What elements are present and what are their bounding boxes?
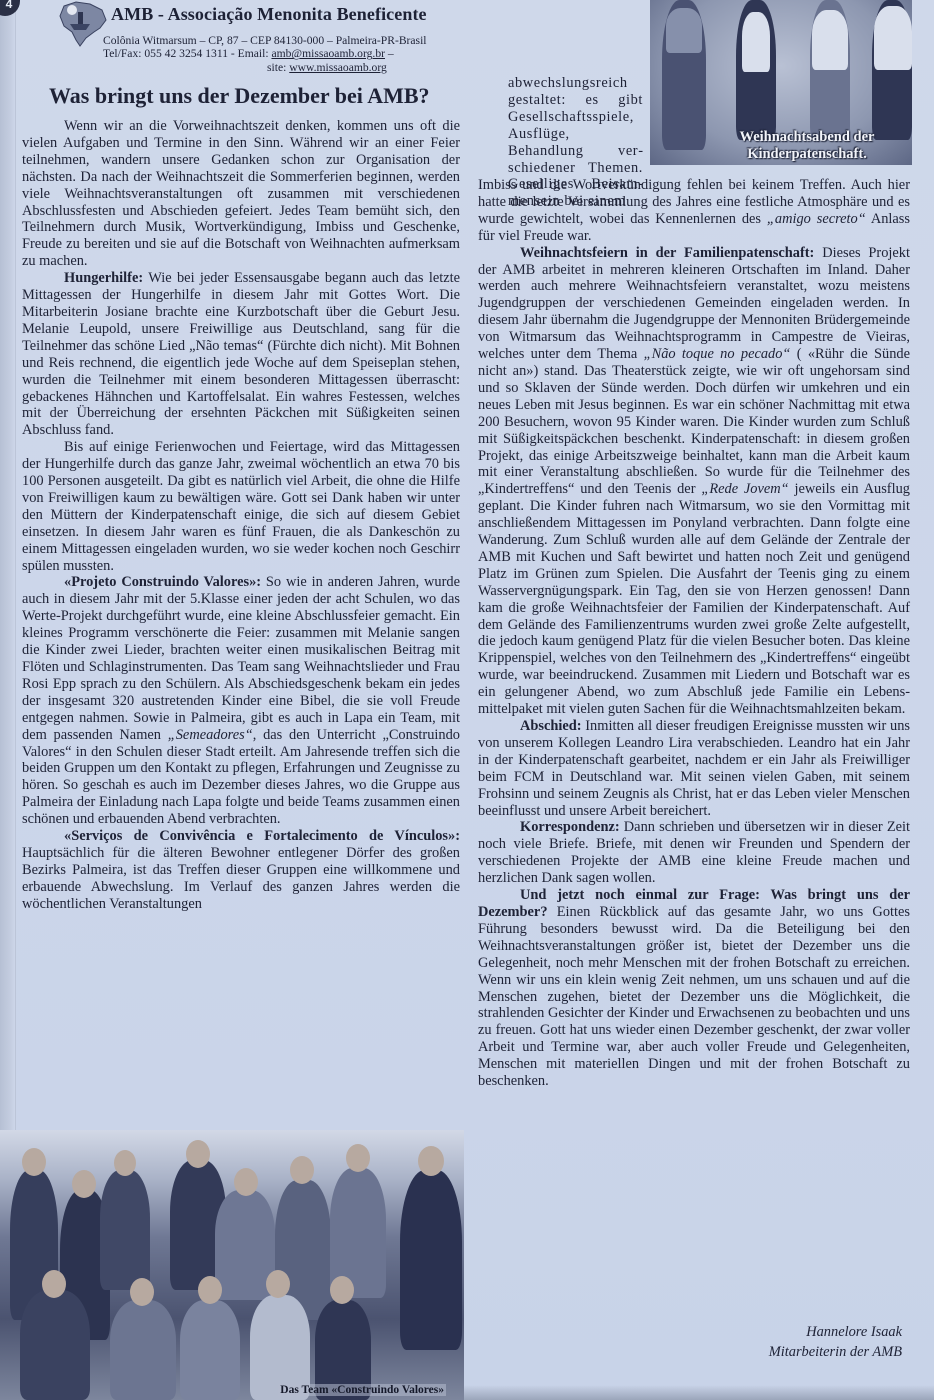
person-figure bbox=[742, 12, 770, 72]
korrespondenz-paragraph: Korrespondenz: Dann schrieben und überse… bbox=[478, 819, 910, 887]
person-figure bbox=[110, 1300, 176, 1400]
author-role: Mitarbeiterin der AMB bbox=[769, 1342, 902, 1362]
person-head bbox=[114, 1150, 136, 1176]
newsletter-page: 4 AMB - Associação Menonita Beneficente … bbox=[0, 0, 934, 1400]
brazil-map-logo-icon bbox=[56, 0, 108, 48]
page-number-badge: 4 bbox=[0, 0, 20, 16]
person-head bbox=[72, 1170, 96, 1198]
person-head bbox=[346, 1144, 370, 1172]
hungerhilfe-paragraph: Hungerhilfe: Wie bei jeder Essensausgabe… bbox=[22, 270, 460, 439]
org-name: AMB - Associação Menonita Beneficente bbox=[111, 4, 427, 25]
email-link[interactable]: amb@missaoamb.org.br bbox=[271, 47, 385, 60]
photo-caption: Weihnachtsabend der Kinderpatenschaft. bbox=[650, 129, 912, 163]
person-head bbox=[42, 1270, 66, 1298]
person-head bbox=[266, 1270, 290, 1298]
person-figure bbox=[812, 10, 848, 70]
projeto-paragraph: «Projeto Construindo Valores»: So wie in… bbox=[22, 574, 460, 828]
person-head bbox=[186, 1140, 210, 1168]
section-heading: Hungerhilfe: bbox=[64, 270, 143, 286]
person-head bbox=[22, 1148, 46, 1176]
org-contact-line: Tel/Fax: 055 42 3254 1311 - Email: amb@m… bbox=[103, 47, 427, 60]
article-headline: Was bringt uns der Dezember bei AMB? bbox=[49, 83, 430, 109]
left-column: Wenn wir an die Vorweihnachtszeit denken… bbox=[22, 118, 460, 913]
section-heading: «Serviços de Convivência e Fortaleciment… bbox=[64, 828, 460, 844]
person-figure bbox=[100, 1170, 150, 1290]
section-heading: Weihnachtsfeiern in der Familienpatensch… bbox=[520, 245, 814, 261]
familien-paragraph: Weihnachtsfeiern in der Familienpatensch… bbox=[478, 245, 910, 718]
person-head bbox=[130, 1278, 154, 1306]
person-figure bbox=[666, 8, 702, 53]
person-head bbox=[234, 1168, 258, 1196]
section-heading: Korrespondenz: bbox=[520, 819, 620, 835]
section-heading: Abschied: bbox=[520, 718, 582, 734]
hungerhilfe-paragraph-2: Bis auf einige Ferienwochen und Feiertag… bbox=[22, 439, 460, 574]
person-figure bbox=[874, 6, 912, 70]
person-head bbox=[290, 1156, 314, 1184]
person-head bbox=[330, 1276, 354, 1304]
frage-paragraph: Und jetzt noch einmal zur Frage: Was bri… bbox=[478, 887, 910, 1090]
article-signature: Hannelore Isaak Mitarbeiterin der AMB bbox=[769, 1322, 902, 1362]
right-column: Imbiss und die Wortverkündigung fehlen b… bbox=[478, 177, 910, 1090]
person-head bbox=[418, 1146, 444, 1176]
website-link[interactable]: www.missaoamb.org bbox=[289, 61, 387, 74]
org-address: Colônia Witmarsum – CP, 87 – CEP 84130-0… bbox=[103, 34, 427, 47]
page-edge-shadow bbox=[464, 1385, 934, 1400]
org-site-line: site: www.missaoamb.org bbox=[103, 61, 427, 74]
servicos-paragraph: «Serviços de Convivência e Fortaleciment… bbox=[22, 828, 460, 913]
intro-paragraph: Wenn wir an die Vorweihnachtszeit denken… bbox=[22, 118, 460, 270]
author-name: Hannelore Isaak bbox=[769, 1322, 902, 1342]
servicos-continued-2: Imbiss und die Wortverkündigung fehlen b… bbox=[478, 177, 910, 245]
person-figure bbox=[20, 1290, 90, 1400]
person-figure bbox=[180, 1300, 240, 1400]
photo-caption: Das Team «Construindo Valores» bbox=[278, 1384, 446, 1396]
photo-team-construindo-valores: Das Team «Construindo Valores» bbox=[0, 1130, 464, 1400]
person-figure bbox=[400, 1170, 462, 1350]
org-contact-block: Colônia Witmarsum – CP, 87 – CEP 84130-0… bbox=[103, 34, 427, 74]
person-head bbox=[198, 1276, 222, 1304]
photo-christmas-evening-children: Weihnachtsabend der Kinderpatenschaft. bbox=[650, 0, 912, 165]
section-heading: «Projeto Construindo Valores»: bbox=[64, 574, 261, 590]
abschied-paragraph: Abschied: Inmitten all dieser freudigen … bbox=[478, 718, 910, 819]
